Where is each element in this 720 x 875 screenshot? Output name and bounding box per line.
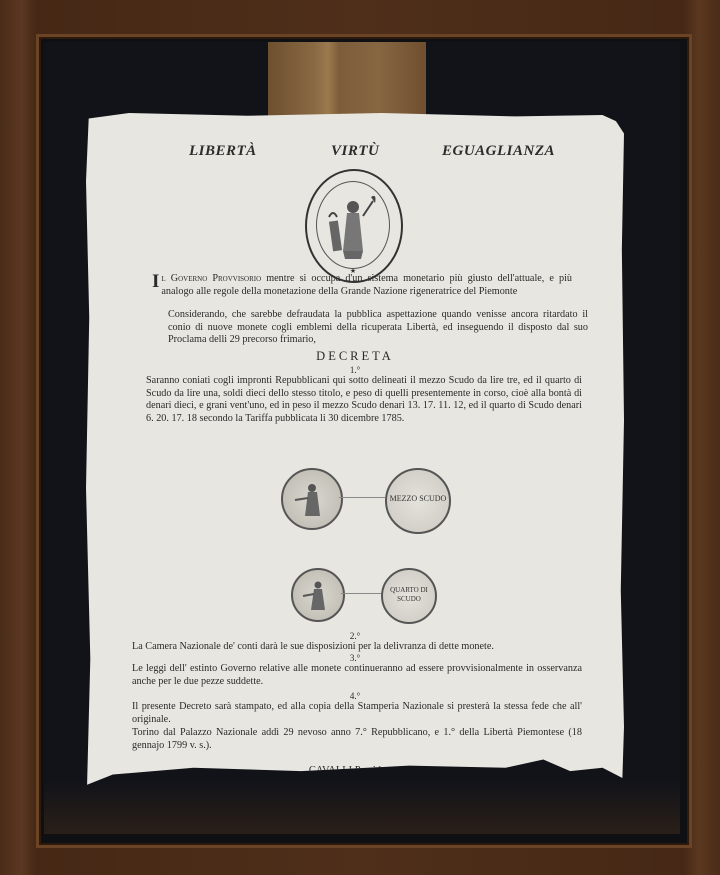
mezzo-scudo-obverse: [281, 468, 343, 530]
liberty-figure-icon: [283, 470, 341, 528]
article-1-number: 1.°: [86, 365, 624, 375]
dateline: Torino dal Palazzo Nazionale addì 29 nev…: [132, 727, 582, 752]
article-4-number: 4.°: [86, 691, 624, 701]
article-3-text: Le leggi dell' estinto Governo relative …: [132, 663, 582, 688]
mezzo-scudo-reverse: MEZZO SCUDO: [385, 468, 451, 534]
glass-reflection-shadow: [44, 780, 680, 834]
preamble-heading: l Governo Provvisorio: [161, 273, 261, 284]
dropcap: I: [152, 273, 159, 291]
liberty-figure-icon: ★: [307, 171, 401, 281]
decree-document: LIBERTÀ VIRTÙ EGUAGLIANZA ★ Il Governo P…: [86, 113, 624, 795]
quarto-scudo-reverse: QUARTO DI SCUDO: [381, 568, 437, 624]
preamble-paragraph: Il Governo Provvisorio mentre si occupa …: [152, 273, 572, 298]
article-4-text: Il presente Decreto sarà stampato, ed al…: [132, 701, 582, 726]
article-2-number: 2.°: [86, 631, 624, 641]
decreta-heading: DECRETA: [86, 349, 624, 364]
article-2-text: La Camera Nazionale de' conti darà le su…: [132, 641, 582, 654]
article-1-text: Saranno coniati cogli impronti Repubblic…: [146, 375, 582, 425]
coin-connector: [339, 497, 385, 498]
coin-connector: [341, 593, 381, 594]
quarto-scudo-label: QUARTO DI SCUDO: [383, 586, 435, 604]
quarto-scudo-obverse: [291, 568, 345, 622]
government-seal: ★: [305, 169, 403, 283]
wooden-mount-strip: [268, 42, 426, 122]
motto-virtu: VIRTÙ: [331, 143, 379, 160]
considerando-paragraph: Considerando, che sarebbe defraudata la …: [152, 309, 588, 347]
motto-liberta: LIBERTÀ: [189, 143, 257, 160]
mezzo-scudo-label: MEZZO SCUDO: [387, 494, 449, 503]
article-3-number: 3.°: [86, 653, 624, 663]
motto-eguaglianza: EGUAGLIANZA: [442, 143, 555, 160]
liberty-figure-icon: [293, 570, 343, 620]
